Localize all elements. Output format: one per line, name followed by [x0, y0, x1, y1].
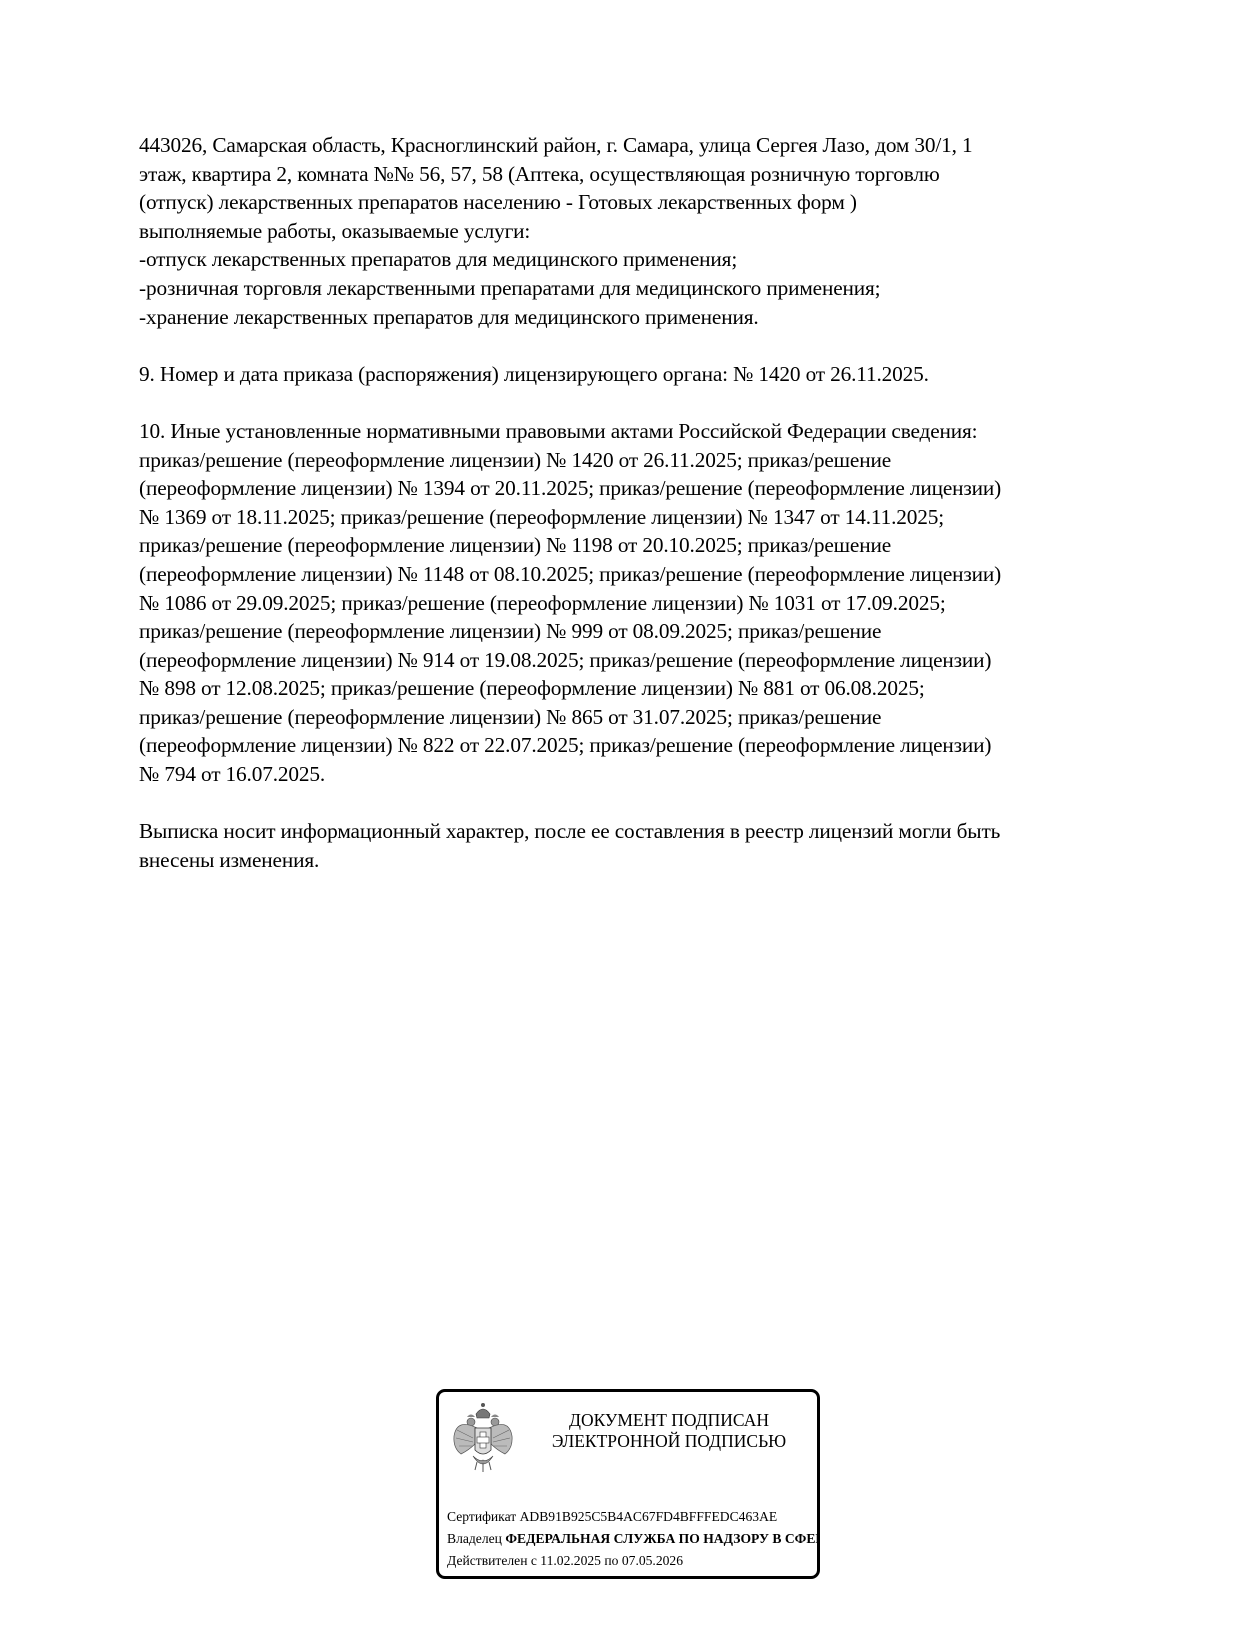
certificate-row: Сертификат ADB91B925C5B4AC67FD4BFFFEDC46…: [447, 1506, 820, 1528]
address-block: 443026, Самарская область, Красноглински…: [139, 131, 1129, 331]
section-10-other-info: 10. Иные установленные нормативными прав…: [139, 417, 1129, 789]
text-line: этаж, квартира 2, комната №№ 56, 57, 58 …: [139, 160, 1129, 189]
paragraph-spacer: [139, 388, 1129, 417]
stamp-title-line: ДОКУМЕНТ ПОДПИСАН: [529, 1410, 809, 1431]
text-line: (переоформление лицензии) № 1148 от 08.1…: [139, 560, 1129, 589]
text-line: приказ/решение (переоформление лицензии)…: [139, 617, 1129, 646]
text-line: приказ/решение (переоформление лицензии)…: [139, 703, 1129, 732]
owner-row: Владелец ФЕДЕРАЛЬНАЯ СЛУЖБА ПО НАДЗОРУ В…: [447, 1528, 820, 1550]
disclaimer: Выписка носит информационный характер, п…: [139, 817, 1129, 874]
text-line: (переоформление лицензии) № 914 от 19.08…: [139, 646, 1129, 675]
text-line: № 1086 от 29.09.2025; приказ/решение (пе…: [139, 589, 1129, 618]
text-line: № 1369 от 18.11.2025; приказ/решение (пе…: [139, 503, 1129, 532]
text-line: (отпуск) лекарственных препаратов населе…: [139, 188, 1129, 217]
paragraph-spacer: [139, 789, 1129, 818]
document-body: 443026, Самарская область, Красноглински…: [139, 131, 1129, 874]
text-line: приказ/решение (переоформление лицензии)…: [139, 446, 1129, 475]
text-line: 9. Номер и дата приказа (распоряжения) л…: [139, 360, 1129, 389]
text-line: внесены изменения.: [139, 846, 1129, 875]
stamp-title: ДОКУМЕНТ ПОДПИСАН ЭЛЕКТРОННОЙ ПОДПИСЬЮ: [529, 1410, 809, 1452]
coat-of-arms-icon: [451, 1400, 515, 1476]
electronic-signature-stamp: ДОКУМЕНТ ПОДПИСАН ЭЛЕКТРОННОЙ ПОДПИСЬЮ С…: [436, 1389, 820, 1579]
text-line: 10. Иные установленные нормативными прав…: [139, 417, 1129, 446]
paragraph-spacer: [139, 331, 1129, 360]
stamp-details: Сертификат ADB91B925C5B4AC67FD4BFFFEDC46…: [447, 1506, 820, 1572]
text-line: 443026, Самарская область, Красноглински…: [139, 131, 1129, 160]
owner-label: Владелец: [447, 1531, 502, 1546]
text-line: -розничная торговля лекарственными препа…: [139, 274, 1129, 303]
certificate-label: Сертификат: [447, 1509, 516, 1524]
certificate-value: ADB91B925C5B4AC67FD4BFFFEDC463AE: [520, 1509, 778, 1524]
stamp-title-line: ЭЛЕКТРОННОЙ ПОДПИСЬЮ: [529, 1431, 809, 1452]
text-line: выполняемые работы, оказываемые услуги:: [139, 217, 1129, 246]
text-line: Выписка носит информационный характер, п…: [139, 817, 1129, 846]
text-line: № 898 от 12.08.2025; приказ/решение (пер…: [139, 674, 1129, 703]
text-line: -хранение лекарственных препаратов для м…: [139, 303, 1129, 332]
section-9-order-number: 9. Номер и дата приказа (распоряжения) л…: [139, 360, 1129, 389]
owner-value: ФЕДЕРАЛЬНАЯ СЛУЖБА ПО НАДЗОРУ В СФЕРЕ ЗД…: [505, 1531, 820, 1546]
text-line: -отпуск лекарственных препаратов для мед…: [139, 245, 1129, 274]
validity-row: Действителен с 11.02.2025 по 07.05.2026: [447, 1550, 820, 1572]
text-line: (переоформление лицензии) № 822 от 22.07…: [139, 731, 1129, 760]
text-line: (переоформление лицензии) № 1394 от 20.1…: [139, 474, 1129, 503]
text-line: приказ/решение (переоформление лицензии)…: [139, 531, 1129, 560]
text-line: № 794 от 16.07.2025.: [139, 760, 1129, 789]
